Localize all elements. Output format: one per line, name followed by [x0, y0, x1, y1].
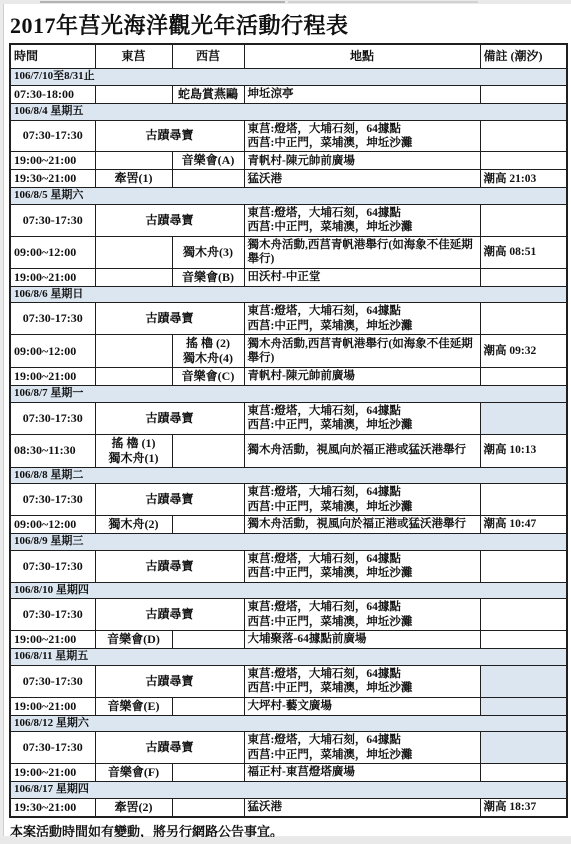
note-cell	[480, 665, 567, 697]
note-cell	[480, 599, 567, 631]
dongju-activity-cell	[95, 236, 172, 268]
time-cell: 09:00~12:00	[10, 516, 95, 534]
activity-cell-merged: 古蹟尋寶	[95, 303, 244, 335]
place-cell: 猛沃港	[244, 798, 480, 817]
header-time: 時間	[10, 44, 95, 69]
note-cell	[480, 550, 567, 582]
activity-cell-merged: 古蹟尋寶	[95, 732, 244, 764]
time-cell: 19:00~21:00	[10, 631, 95, 649]
place-cell: 獨木舟活動，視風向於福正港或猛沃港舉行	[244, 434, 480, 467]
xiju-activity-cell: 搖 櫓 (2) 獨木舟(4)	[172, 335, 244, 368]
place-cell: 獨木舟活動,西莒青帆港舉行(如海象不佳延期舉行)	[244, 335, 480, 368]
xiju-activity-cell: 音樂會(A)	[172, 152, 244, 170]
table-header-row: 時間 東莒 西莒 地點 備註 (潮汐)	[10, 44, 567, 69]
note-cell: 潮高 08:51	[480, 236, 567, 268]
dongju-activity-cell	[95, 85, 172, 103]
dongju-activity-cell	[95, 335, 172, 368]
note-cell	[480, 484, 567, 516]
date-section-row: 106/8/5 星期六	[10, 188, 567, 205]
schedule-row: 19:00~21:00音樂會(A)青帆村-陳元帥前廣場	[10, 152, 567, 170]
note-cell: 潮高 10:47	[480, 516, 567, 534]
xiju-activity-cell	[172, 798, 244, 817]
top-edge-light-segment	[288, 1, 478, 3]
place-cell: 東莒:燈塔，大埔石刻，64據點 西莒:中正門，菜埔澳，坤坵沙灘	[244, 205, 480, 237]
schedule-row: 09:00~12:00獨木舟(3)獨木舟活動,西莒青帆港舉行(如海象不佳延期舉行…	[10, 236, 567, 268]
date-section-label: 106/8/5 星期六	[10, 188, 567, 205]
date-section-row: 106/7/10至8/31止	[10, 69, 567, 86]
time-cell: 19:00~21:00	[10, 764, 95, 782]
date-section-row: 106/8/8 星期二	[10, 467, 567, 484]
note-cell	[480, 764, 567, 782]
schedule-table-body: 106/7/10至8/31止07:30-18:00蛇島賞燕鷗坤坵涼亭106/8/…	[10, 69, 567, 817]
time-cell: 07:30-17:30	[10, 484, 95, 516]
header-note: 備註 (潮汐)	[480, 44, 567, 69]
time-cell: 19:00~21:00	[10, 368, 95, 386]
xiju-activity-cell: 獨木舟(3)	[172, 236, 244, 268]
xiju-activity-cell: 蛇島賞燕鷗	[172, 85, 244, 103]
place-cell: 田沃村-中正堂	[244, 268, 480, 286]
xiju-activity-cell	[172, 697, 244, 715]
date-section-row: 106/8/11 星期五	[10, 649, 567, 666]
date-section-row: 106/8/7 星期一	[10, 386, 567, 403]
time-cell: 09:00~12:00	[10, 335, 95, 368]
xiju-activity-cell	[172, 434, 244, 467]
schedule-row: 19:00~21:00音樂會(B)田沃村-中正堂	[10, 268, 567, 286]
note-cell	[480, 732, 567, 764]
date-section-label: 106/8/6 星期日	[10, 286, 567, 303]
note-cell: 潮高 09:32	[480, 335, 567, 368]
bottom-page-edge	[0, 837, 571, 844]
time-cell: 19:00~21:00	[10, 697, 95, 715]
schedule-row: 07:30-17:30古蹟尋寶東莒:燈塔，大埔石刻，64據點 西莒:中正門，菜埔…	[10, 402, 567, 434]
date-section-label: 106/8/4 星期五	[10, 103, 567, 120]
note-cell: 潮高 18:37	[480, 798, 567, 817]
note-cell	[480, 205, 567, 237]
date-section-row: 106/8/6 星期日	[10, 286, 567, 303]
time-cell: 07:30-17:30	[10, 205, 95, 237]
schedule-table: 時間 東莒 西莒 地點 備註 (潮汐) 106/7/10至8/31止07:30-…	[9, 43, 568, 818]
date-section-label: 106/8/8 星期二	[10, 467, 567, 484]
place-cell: 東莒:燈塔，大埔石刻，64據點 西莒:中正門，菜埔澳，坤坵沙灘	[244, 665, 480, 697]
activity-cell-merged: 古蹟尋寶	[95, 599, 244, 631]
activity-cell-merged: 古蹟尋寶	[95, 120, 244, 152]
place-cell: 青帆村-陳元帥前廣場	[244, 152, 480, 170]
schedule-row: 09:00~12:00搖 櫓 (2) 獨木舟(4)獨木舟活動,西莒青帆港舉行(如…	[10, 335, 567, 368]
date-section-row: 106/8/12 星期六	[10, 715, 567, 732]
note-cell	[480, 85, 567, 103]
time-cell: 07:30-17:30	[10, 550, 95, 582]
header-dongju: 東莒	[95, 44, 172, 69]
place-cell: 東莒:燈塔，大埔石刻，64據點 西莒:中正門，菜埔澳，坤坵沙灘	[244, 303, 480, 335]
time-cell: 07:30-17:30	[10, 303, 95, 335]
top-edge-dark-segment	[40, 1, 285, 3]
schedule-row: 19:30~21:00牽罟(1)猛沃港潮高 21:03	[10, 170, 567, 188]
time-cell: 19:30~21:00	[10, 170, 95, 188]
dongju-activity-cell: 牽罟(1)	[95, 170, 172, 188]
place-cell: 大坪村-藝文廣場	[244, 697, 480, 715]
time-cell: 07:30-17:30	[10, 402, 95, 434]
dongju-activity-cell: 獨木舟(2)	[95, 516, 172, 534]
document-page: 2017年莒光海洋觀光年活動行程表 時間 東莒 西莒 地點 備註 (潮汐) 10…	[3, 4, 571, 836]
place-cell: 東莒:燈塔，大埔石刻，64據點 西莒:中正門，菜埔澳，坤坵沙灘	[244, 120, 480, 152]
date-section-label: 106/8/11 星期五	[10, 649, 567, 666]
schedule-row: 07:30-18:00蛇島賞燕鷗坤坵涼亭	[10, 85, 567, 103]
dongju-activity-cell: 音樂會(F)	[95, 764, 172, 782]
note-cell: 潮高 21:03	[480, 170, 567, 188]
activity-cell-merged: 古蹟尋寶	[95, 484, 244, 516]
place-cell: 坤坵涼亭	[244, 85, 480, 103]
xiju-activity-cell: 音樂會(C)	[172, 368, 244, 386]
date-section-label: 106/7/10至8/31止	[10, 69, 567, 86]
note-cell	[480, 268, 567, 286]
dongju-activity-cell	[95, 152, 172, 170]
schedule-row: 07:30-17:30古蹟尋寶東莒:燈塔，大埔石刻，64據點 西莒:中正門，菜埔…	[10, 303, 567, 335]
schedule-row: 19:00~21:00音樂會(F)福正村-東莒燈塔廣場	[10, 764, 567, 782]
activity-cell-merged: 古蹟尋寶	[95, 665, 244, 697]
dongju-activity-cell: 音樂會(E)	[95, 697, 172, 715]
activity-cell-merged: 古蹟尋寶	[95, 402, 244, 434]
date-section-row: 106/8/10 星期四	[10, 582, 567, 599]
schedule-row: 19:00~21:00音樂會(D)大埔聚落-64據點前廣場	[10, 631, 567, 649]
activity-cell-merged: 古蹟尋寶	[95, 550, 244, 582]
date-section-row: 106/8/17 星期四	[10, 782, 567, 799]
activity-cell-merged: 古蹟尋寶	[95, 205, 244, 237]
dongju-activity-cell	[95, 268, 172, 286]
time-cell: 07:30-17:30	[10, 665, 95, 697]
header-place: 地點	[244, 44, 480, 69]
time-cell: 19:00~21:00	[10, 268, 95, 286]
dongju-activity-cell: 牽罟(2)	[95, 798, 172, 817]
place-cell: 獨木舟活動,西莒青帆港舉行(如海象不佳延期舉行)	[244, 236, 480, 268]
place-cell: 獨木舟活動，視風向於福正港或猛沃港舉行	[244, 516, 480, 534]
schedule-row: 07:30-17:30古蹟尋寶東莒:燈塔，大埔石刻，64據點 西莒:中正門，菜埔…	[10, 205, 567, 237]
time-cell: 08:30~11:30	[10, 434, 95, 467]
note-cell	[480, 303, 567, 335]
place-cell: 東莒:燈塔，大埔石刻，64據點 西莒:中正門，菜埔澳，坤坵沙灘	[244, 599, 480, 631]
time-cell: 19:30~21:00	[10, 798, 95, 817]
header-xiju: 西莒	[172, 44, 244, 69]
place-cell: 東莒:燈塔，大埔石刻，64據點 西莒:中正門，菜埔澳，坤坵沙灘	[244, 402, 480, 434]
note-cell	[480, 631, 567, 649]
xiju-activity-cell	[172, 631, 244, 649]
note-cell	[480, 120, 567, 152]
dongju-activity-cell: 搖 櫓 (1) 獨木舟(1)	[95, 434, 172, 467]
note-cell	[480, 402, 567, 434]
time-cell: 19:00~21:00	[10, 152, 95, 170]
schedule-row: 07:30-17:30古蹟尋寶東莒:燈塔，大埔石刻，64據點 西莒:中正門，菜埔…	[10, 550, 567, 582]
schedule-row: 09:00~12:00獨木舟(2)獨木舟活動，視風向於福正港或猛沃港舉行潮高 1…	[10, 516, 567, 534]
dongju-activity-cell	[95, 368, 172, 386]
schedule-row: 07:30-17:30古蹟尋寶東莒:燈塔，大埔石刻，64據點 西莒:中正門，菜埔…	[10, 732, 567, 764]
note-cell	[480, 152, 567, 170]
time-cell: 09:00~12:00	[10, 236, 95, 268]
place-cell: 東莒:燈塔，大埔石刻，64據點 西莒:中正門，菜埔澳，坤坵沙灘	[244, 732, 480, 764]
date-section-row: 106/8/4 星期五	[10, 103, 567, 120]
note-cell	[480, 697, 567, 715]
schedule-row: 07:30-17:30古蹟尋寶東莒:燈塔，大埔石刻，64據點 西莒:中正門，菜埔…	[10, 484, 567, 516]
xiju-activity-cell: 音樂會(B)	[172, 268, 244, 286]
xiju-activity-cell	[172, 516, 244, 534]
place-cell: 東莒:燈塔，大埔石刻，64據點 西莒:中正門，菜埔澳，坤坵沙灘	[244, 550, 480, 582]
schedule-row: 08:30~11:30搖 櫓 (1) 獨木舟(1)獨木舟活動，視風向於福正港或猛…	[10, 434, 567, 467]
date-section-label: 106/8/12 星期六	[10, 715, 567, 732]
place-cell: 猛沃港	[244, 170, 480, 188]
date-section-label: 106/8/10 星期四	[10, 582, 567, 599]
schedule-row: 19:30~21:00牽罟(2)猛沃港潮高 18:37	[10, 798, 567, 817]
note-cell	[480, 368, 567, 386]
dongju-activity-cell: 音樂會(D)	[95, 631, 172, 649]
place-cell: 東莒:燈塔，大埔石刻，64據點 西莒:中正門，菜埔澳，坤坵沙灘	[244, 484, 480, 516]
place-cell: 青帆村-陳元帥前廣場	[244, 368, 480, 386]
note-cell: 潮高 10:13	[480, 434, 567, 467]
xiju-activity-cell	[172, 764, 244, 782]
time-cell: 07:30-17:30	[10, 120, 95, 152]
schedule-row: 07:30-17:30古蹟尋寶東莒:燈塔，大埔石刻，64據點 西莒:中正門，菜埔…	[10, 599, 567, 631]
schedule-row: 07:30-17:30古蹟尋寶東莒:燈塔，大埔石刻，64據點 西莒:中正門，菜埔…	[10, 665, 567, 697]
place-cell: 大埔聚落-64據點前廣場	[244, 631, 480, 649]
time-cell: 07:30-17:30	[10, 599, 95, 631]
page-title: 2017年莒光海洋觀光年活動行程表	[4, 4, 571, 43]
date-section-label: 106/8/9 星期三	[10, 534, 567, 551]
time-cell: 07:30-17:30	[10, 732, 95, 764]
schedule-row: 07:30-17:30古蹟尋寶東莒:燈塔，大埔石刻，64據點 西莒:中正門，菜埔…	[10, 120, 567, 152]
date-section-row: 106/8/9 星期三	[10, 534, 567, 551]
schedule-row: 19:00~21:00音樂會(E)大坪村-藝文廣場	[10, 697, 567, 715]
date-section-label: 106/8/7 星期一	[10, 386, 567, 403]
xiju-activity-cell	[172, 170, 244, 188]
place-cell: 福正村-東莒燈塔廣場	[244, 764, 480, 782]
date-section-label: 106/8/17 星期四	[10, 782, 567, 799]
time-cell: 07:30-18:00	[10, 85, 95, 103]
schedule-row: 19:00~21:00音樂會(C)青帆村-陳元帥前廣場	[10, 368, 567, 386]
